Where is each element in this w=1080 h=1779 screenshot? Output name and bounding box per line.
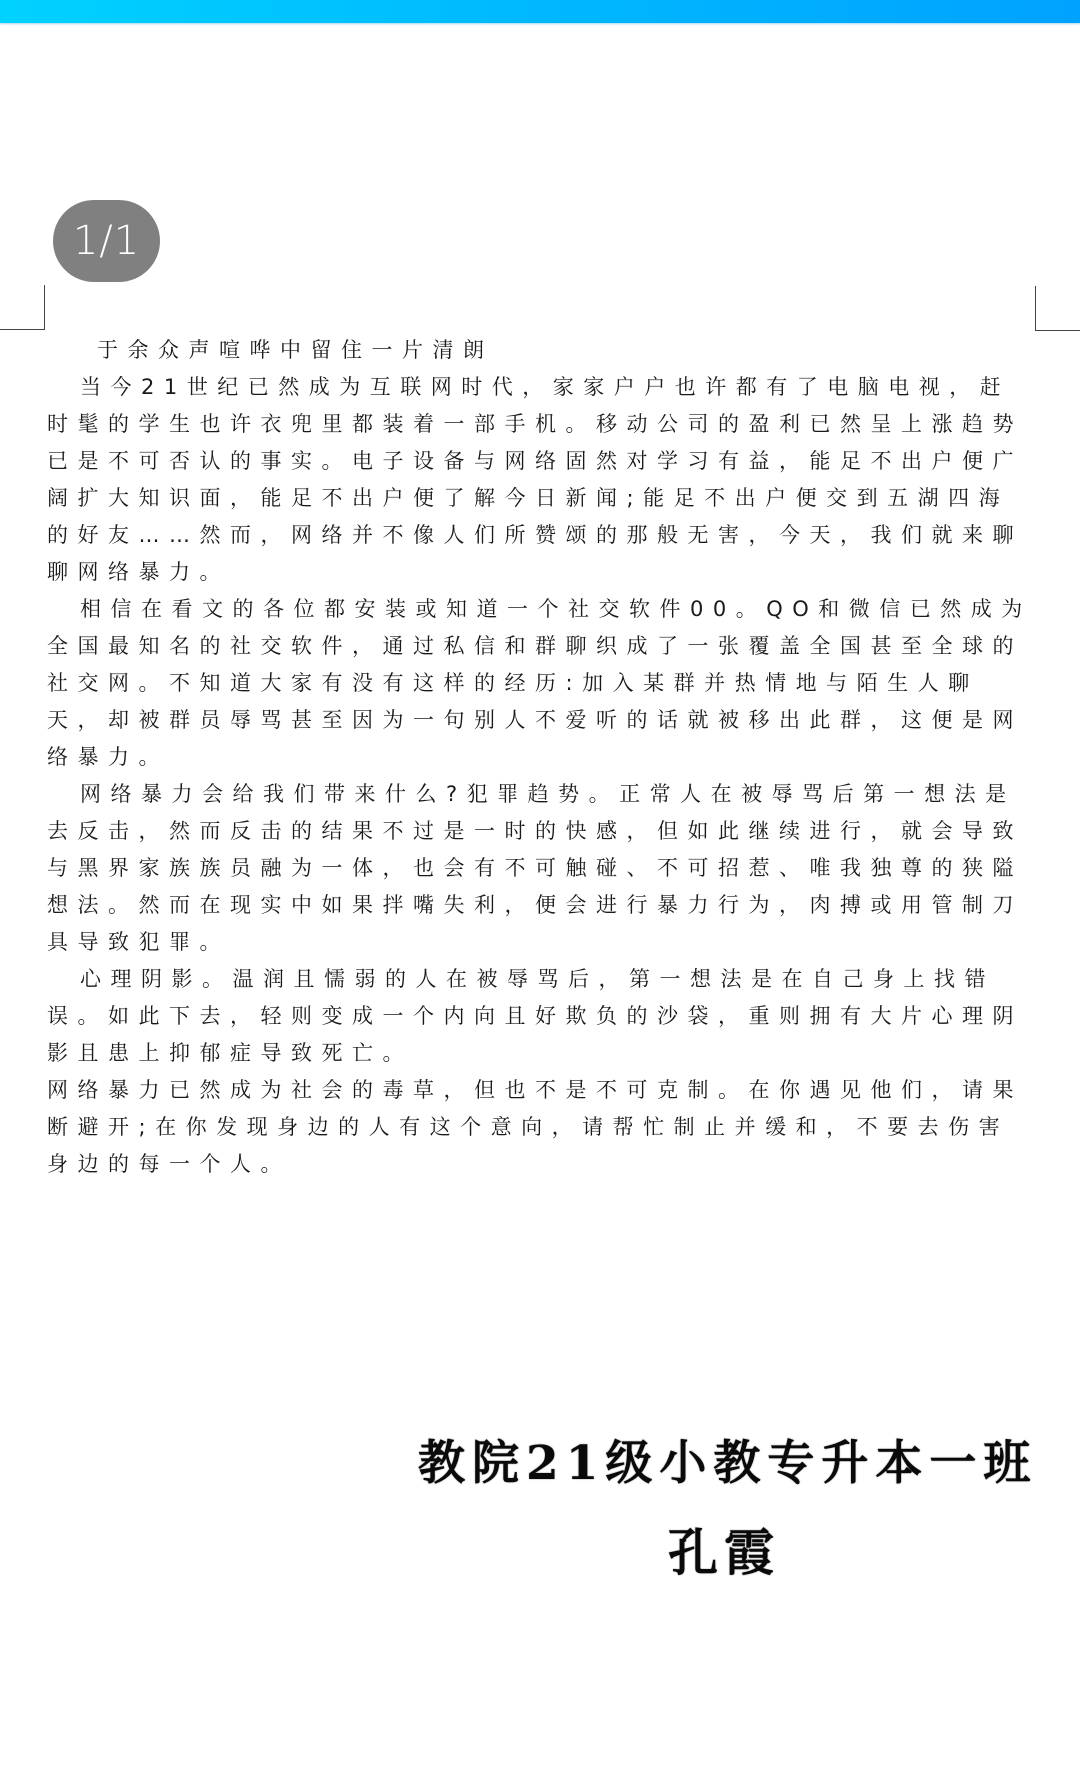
top-status-bar <box>0 0 1080 23</box>
crop-mark-top-right <box>1035 286 1080 331</box>
paragraph-conclusion: 网络暴力已然成为社会的毒草，但也不是不可克制。在你遇见他们，请果断避开;在你发现… <box>47 1072 1037 1183</box>
paragraph-social-software: 相信在看文的各位都安装或知道一个社交软件00。QO和微信已然成为全国最知名的社交… <box>47 591 1037 776</box>
paragraph-intro: 当今21世纪已然成为互联网时代，家家户户也许都有了电脑电视，赶时髦的学生也许衣兜… <box>47 369 1037 591</box>
page-indicator-label: 1/1 <box>73 218 140 264</box>
document-body: 于余众声喧哗中留住一片清朗 当今21世纪已然成为互联网时代，家家户户也许都有了电… <box>47 332 1037 1183</box>
paragraph-crime-trend: 网络暴力会给我们带来什么?犯罪趋势。正常人在被辱骂后第一想法是去反击，然而反击的… <box>47 776 1037 961</box>
signature-author: 孔霞 <box>418 1518 1038 1588</box>
signature-block: 教院21级小教专升本一班 孔霞 <box>418 1432 1038 1588</box>
page-indicator-badge: 1/1 <box>53 200 160 282</box>
crop-mark-top-left <box>0 285 45 330</box>
signature-class: 教院21级小教专升本一班 <box>418 1432 1038 1496</box>
paragraph-psychological-shadow: 心理阴影。温润且懦弱的人在被辱骂后，第一想法是在自己身上找错误。如此下去，轻则变… <box>47 961 1037 1072</box>
document-title: 于余众声喧哗中留住一片清朗 <box>47 332 1037 369</box>
